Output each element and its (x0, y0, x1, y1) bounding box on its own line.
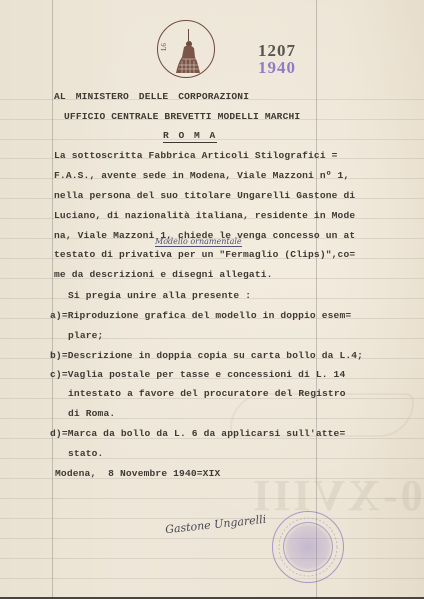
ruled-line (0, 578, 424, 579)
ruled-line (0, 538, 424, 539)
document-page: 1940-XVIII L6 1207 1940 AL MINISTERO DEL… (0, 0, 424, 597)
attachment-d-line-1: d)=Marca da bollo da L. 6 da applicarsi … (50, 428, 345, 439)
ruled-line (0, 338, 424, 339)
body-line-2: F.A.S., avente sede in Modena, Viale Maz… (54, 170, 349, 181)
body-line-7: me da descrizioni e disegni allegati. (54, 269, 273, 280)
address-city: R O M A (163, 130, 217, 143)
signature: Gastone Ungarelli (165, 513, 267, 537)
official-stamp (272, 511, 344, 583)
protocol-stamp: 1207 1940 (258, 42, 296, 76)
stamp-emblem-icon (283, 522, 333, 572)
address-line-3: R O M A (163, 130, 217, 141)
attachment-d-line-2: stato. (68, 448, 103, 459)
attachment-b-line-1: b)=Descrizione in doppia copia su carta … (50, 350, 363, 361)
body-line-1: La sottoscritta Fabbrica Articoli Stilog… (54, 150, 338, 161)
attachment-a-line-1: a)=Riproduzione grafica del modello in d… (50, 310, 351, 321)
ruled-line (0, 558, 424, 559)
address-line-1: AL MINISTERO DELLE CORPORAZIONI (54, 91, 249, 102)
attachment-c-line-3: di Roma. (68, 408, 115, 419)
protocol-year: 1940 (258, 59, 296, 76)
handwritten-insertion: Modello ornamentale (155, 237, 242, 247)
body-line-4: Luciano, di nazionalità italiana, reside… (54, 210, 355, 221)
seal-label: L6 (160, 43, 168, 51)
ruled-line (0, 458, 424, 459)
allegorical-figure-seal-icon: L6 (157, 20, 215, 78)
attachment-c-line-1: c)=Vaglia postale per tasse e concession… (50, 369, 345, 380)
attachment-a-line-2: plare; (68, 330, 103, 341)
protocol-number: 1207 (258, 42, 296, 59)
left-margin-line (52, 0, 53, 597)
request-intro: Si pregia unire alla presente : (68, 290, 251, 301)
body-line-6: testato di privativa per un "Fermaglio (… (54, 249, 355, 260)
attachment-c-line-2: intestato a favore del procuratore del R… (68, 388, 346, 399)
address-line-2: UFFICIO CENTRALE BREVETTI MODELLI MARCHI (64, 111, 300, 122)
body-line-3: nella persona del suo titolare Ungarelli… (54, 190, 355, 201)
date-line: Modena, 8 Novembre 1940=XIX (55, 468, 220, 479)
